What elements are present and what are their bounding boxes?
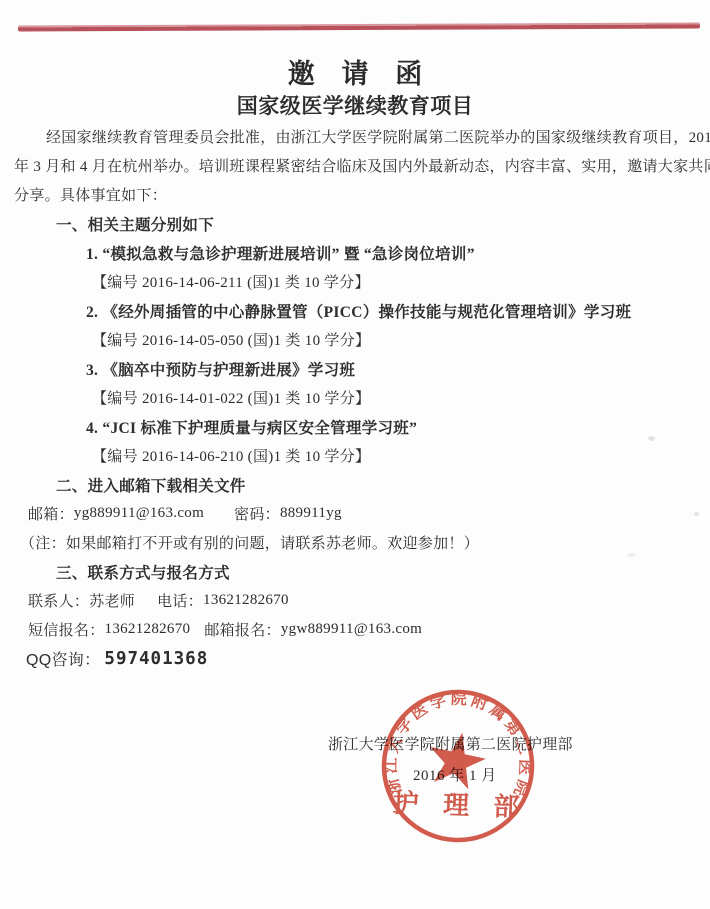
sms-label: 短信报名： xyxy=(28,619,105,640)
scan-speck xyxy=(648,436,655,441)
email-line: 邮箱：yg889911@163.com密码：889911yg xyxy=(14,499,706,528)
contact-label: 联系人： xyxy=(28,590,89,611)
contact-value: 苏老师 xyxy=(89,590,135,611)
note-line: （注：如果邮箱打不开或有别的问题，请联系苏老师。欢迎参加！） xyxy=(14,528,706,557)
course-item-3-title: 3. 《脑卒中预防与护理新进展》学习班 xyxy=(14,354,706,383)
document-page: 邀 请 函 国家级医学继续教育项目 经国家继续教育管理委员会批准，由浙江大学医学… xyxy=(0,0,710,909)
qq-number: 597401368 xyxy=(104,649,208,669)
course-item-2-title: 2. 《经外周插管的中心静脉置管（PICC）操作技能与规范化管理培训》学习班 xyxy=(14,296,706,325)
email-value: yg889911@163.com xyxy=(74,505,204,522)
course-item-2-code: 【编号 2016-14-05-050 (国)1 类 10 学分】 xyxy=(14,325,706,354)
intro-line-2: 年 3 月和 4 月在杭州举办。培训班课程紧密结合临床及国内外最新动态，内容丰富… xyxy=(14,151,706,180)
course-item-1-code: 【编号 2016-14-06-211 (国)1 类 10 学分】 xyxy=(14,267,706,296)
seal-star-icon xyxy=(423,727,490,792)
signup-email-label: 邮箱报名： xyxy=(204,619,281,640)
section-2-heading: 二、进入邮箱下载相关文件 xyxy=(14,470,706,499)
scan-speck xyxy=(627,553,636,557)
header-rule xyxy=(18,23,700,32)
email-label: 邮箱： xyxy=(28,503,74,524)
section-3-heading: 三、联系方式与报名方式 xyxy=(14,557,706,586)
password-value: 889911yg xyxy=(280,505,342,522)
intro-line-1: 经国家继续教育管理委员会批准，由浙江大学医学院附属第二医院举办的国家级继续教育项… xyxy=(14,122,706,151)
contact-line: 联系人：苏老师电话：13621282670 xyxy=(14,586,706,615)
scan-speck xyxy=(694,512,699,516)
document-body: 经国家继续教育管理委员会批准，由浙江大学医学院附属第二医院举办的国家级继续教育项… xyxy=(14,122,706,673)
course-item-3-code: 【编号 2016-14-01-022 (国)1 类 10 学分】 xyxy=(14,383,706,412)
course-item-4-code: 【编号 2016-14-06-210 (国)1 类 10 学分】 xyxy=(14,441,706,470)
section-1-heading: 一、相关主题分别如下 xyxy=(14,209,706,238)
course-item-4-title: 4. “JCI 标准下护理质量与病区安全管理学习班” xyxy=(14,412,706,441)
seal-center-text: 护 理 部 xyxy=(392,788,529,823)
signup-email-value: ygw889911@163.com xyxy=(281,621,422,638)
phone-value: 13621282670 xyxy=(203,592,289,609)
official-seal: 浙江大学医学院附属第二医院 护 理 部 xyxy=(375,683,540,848)
password-label: 密码： xyxy=(234,503,280,524)
course-item-1-title: 1. “模拟急救与急诊护理新进展培训” 暨 “急诊岗位培训” xyxy=(14,238,706,267)
page-subtitle: 国家级医学继续教育项目 xyxy=(0,90,710,120)
sms-value: 13621282670 xyxy=(105,621,191,638)
phone-label: 电话： xyxy=(157,590,203,611)
qq-line: QQ咨询：597401368 xyxy=(14,644,706,673)
page-title: 邀 请 函 xyxy=(0,52,710,91)
qq-label: QQ咨询： xyxy=(26,647,100,670)
signup-line: 短信报名：13621282670邮箱报名：ygw889911@163.com xyxy=(14,615,706,644)
intro-line-3: 分享。具体事宜如下： xyxy=(14,180,706,209)
